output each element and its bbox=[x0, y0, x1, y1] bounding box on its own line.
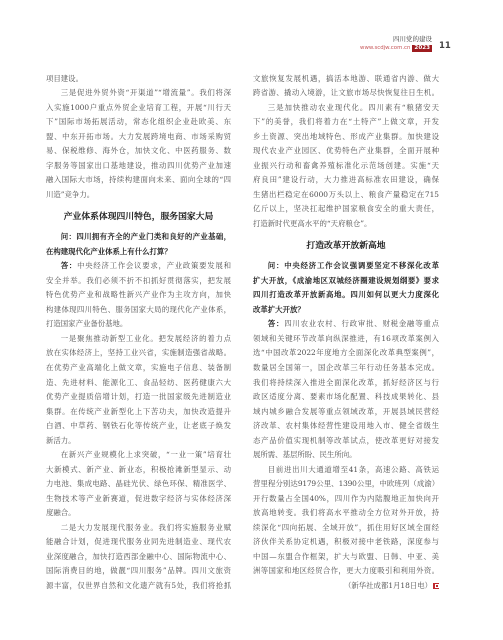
paragraph-line: 下”国际市场拓展活动，常态化组织企业赴欧美、东 bbox=[46, 115, 231, 130]
paragraph-line: 三是加快推动农业现代化。四川素有“粮猪安天 bbox=[253, 101, 439, 116]
paragraph-line: 易、保税维修、海外仓，加快文化、中医药服务、数 bbox=[46, 144, 231, 159]
paragraph-line: 府良田”建设行动，大力推进高标准农田建设，确保 bbox=[253, 173, 439, 188]
answer-line: 域内城乡融合发展等重点领域改革，开展县域民营经 bbox=[253, 405, 439, 420]
paragraph-line: 现代农业产业园区、优势特色产业集群，全面开展种 bbox=[253, 144, 439, 159]
answer-line: 态产品价值实现机制等改革试点，使改革更好对接发 bbox=[253, 434, 439, 449]
answer-line: 答：中央经济工作会议要求，产业政策要发展和 bbox=[46, 259, 231, 274]
paragraph-line: 三是促进外贸外资“开渠道”“增流量”。我们将深 bbox=[46, 86, 231, 101]
paragraph-line: 度融合。 bbox=[46, 506, 231, 521]
answer-line: 我们将持续深入推进全面深化改革，抓好经济区与行 bbox=[253, 376, 439, 391]
question-line: 在构建现代化产业体系上有什么打算？ bbox=[46, 245, 231, 260]
paragraph-line: 放在实体经济上，坚持工业兴省，实施制造强省战略。 bbox=[46, 346, 231, 361]
paragraph-line: 续深化“四向拓展、全域开放”，抓住用好区域全面经 bbox=[253, 521, 439, 536]
paragraph-line: 乡土资源、突出地域特色、形成产业集群。加快建设 bbox=[253, 130, 439, 145]
question-label: 问： bbox=[61, 232, 77, 241]
question-line: 改革扩大开放？ bbox=[253, 303, 439, 318]
answer-line: 领域和关键环节改革向纵深推进，有16项改革案例入 bbox=[253, 332, 439, 347]
paragraph-line: 优势产业提质倍增计划，打造一批国家级先进制造业 bbox=[46, 390, 231, 405]
question-line: 问：四川拥有齐全的产业门类和良好的产业基础， bbox=[46, 230, 231, 245]
paragraph-line: 在新兴产业规模化上求突破，“一业一策”培育壮 bbox=[46, 448, 231, 463]
paragraph-line: 源丰富，仅世界自然和文化遗产就有5处，我们将抢抓 bbox=[46, 579, 231, 594]
answer-line: 济改革、农村集体经营性建设用地入市、健全省级生 bbox=[253, 419, 439, 434]
paragraph-line: 打造新时代更高水平的“天府粮仓”。 bbox=[253, 217, 439, 232]
paragraph-line: 中国—东盟合作框架，扩大与欧盟、日韩、中亚、美 bbox=[253, 550, 439, 565]
magazine-name: 四川党的建设 bbox=[393, 35, 432, 43]
paragraph-line: 融入国际大市场，持续构建面向未来、面向全球的“四 bbox=[46, 173, 231, 188]
website-url: www.scdjw.com.cn bbox=[360, 45, 410, 52]
paragraph-line: 集群。在传统产业新型化上下苦功夫，加快改造提升 bbox=[46, 405, 231, 420]
question-line: 问：中央经济工作会议强调要坚定不移深化改革 bbox=[253, 259, 439, 274]
paragraph-line: 力电池、集成电路、晶硅光伏、绿色环保、精准医学、 bbox=[46, 477, 231, 492]
answer-line: 安全并举。我们必须不折不扣抓好贯彻落实，把发展 bbox=[46, 274, 231, 289]
answer-line: 打造国家产业备份基地。 bbox=[46, 317, 231, 332]
paragraph-line: 入实施1000户重点外贸企业培育工程，开展“川行天 bbox=[46, 101, 231, 116]
paragraph-line: 盟、中东开拓市场。大力发展跨境电商、市场采购贸 bbox=[46, 130, 231, 145]
paragraph-line: 在优势产业高端化上做文章，实施电子信息、装备制 bbox=[46, 361, 231, 376]
question-line: 四川打造改革开放新高地。四川如何以更大力度深化 bbox=[253, 288, 439, 303]
answer-line: 答：四川农业农村、行政审批、财税金融等重点 bbox=[253, 317, 439, 332]
paragraph-line: 业振兴行动和畜禽养殖标准化示范场创建。实施“天 bbox=[253, 159, 439, 174]
right-column: 文旅恢复发展机遇，搞活本地游、联通省内游、做大 跨省游、撬动入境游，让文旅市场尽… bbox=[253, 72, 439, 594]
paragraph-line: 造、先进材料、能源化工、食品轻纺、医药健康六大 bbox=[46, 376, 231, 391]
paragraph-line: 生物技术等产业新赛道，促进数字经济与实体经济深 bbox=[46, 492, 231, 507]
dateline: （新华社成都1月18日电） bbox=[253, 579, 439, 594]
paragraph-line: 放高地转变。我们将高水平推动全方位对外开放，持 bbox=[253, 506, 439, 521]
answer-line: 展所需、基层所盼、民生所向。 bbox=[253, 448, 439, 463]
paragraph-line: 项目建设。 bbox=[46, 72, 231, 87]
section-heading: 打造改革开放新高地 bbox=[253, 239, 439, 254]
paragraph-line: 能融合计划，促进现代服务业同先进制造业、现代农 bbox=[46, 535, 231, 550]
question-text: 四川拥有齐全的产业门类和良好的产业基础， bbox=[76, 232, 231, 241]
answer-line: 构建体现四川特色、服务国家大局的现代化产业体系， bbox=[46, 303, 231, 318]
year-badge: 2023 bbox=[412, 45, 432, 52]
paragraph-line: 文旅恢复发展机遇，搞活本地游、联通省内游、做大 bbox=[253, 72, 439, 87]
paragraph-line: 大新模式、新产业、新业态，积极抢滩新型显示、动 bbox=[46, 463, 231, 478]
paragraph-line: 字服务等国家出口基地建设，推动四川优势产业加速 bbox=[46, 159, 231, 174]
answer-label: 答： bbox=[268, 319, 284, 328]
question-label: 问： bbox=[268, 261, 284, 270]
left-column: 项目建设。 三是促进外贸外资“开渠道”“增流量”。我们将深 入实施1000户重点… bbox=[46, 72, 231, 594]
paragraph-line: 目前进出川大通道增至41条，高速公路、高铁运 bbox=[253, 463, 439, 478]
answer-text: 中央经济工作会议要求，产业政策要发展和 bbox=[77, 261, 231, 270]
end-mark-icon bbox=[433, 583, 439, 589]
paragraph-line: 亿斤以上，坚决扛起维护国家粮食安全的重大责任， bbox=[253, 202, 439, 217]
answer-line: 选“中国改革2022年度地方全面深化改革典型案例”， bbox=[253, 346, 439, 361]
paragraph-line: 生猪出栏稳定在6000万头以上、粮食产量稳定在715 bbox=[253, 188, 439, 203]
question-line: 扩大开放，《成渝地区双城经济圈建设规划纲要》要求 bbox=[253, 274, 439, 289]
paragraph-line: 洲等国家和地区经贸合作，更大力度吸引和利用外资。 bbox=[253, 564, 439, 579]
section-heading: 产业体系体现四川特色，服务国家大局 bbox=[46, 210, 231, 225]
paragraph-line: 跨省游、撬动入境游，让文旅市场尽快恢复往日生机。 bbox=[253, 86, 439, 101]
answer-line: 特色优势产业和战略性新兴产业作为主攻方向，加快 bbox=[46, 288, 231, 303]
paragraph-line: 国际消费目的地，做靓“四川服务”品牌。四川文旅资 bbox=[46, 564, 231, 579]
paragraph-line: 二是大力发展现代服务业。我们将实施服务业赋 bbox=[46, 521, 231, 536]
paragraph-line: 营里程分别达9179公里、1390公里，中欧班列（成渝） bbox=[253, 477, 439, 492]
answer-line: 数量居全国第一，国企改革三年行动任务基本完成。 bbox=[253, 361, 439, 376]
paragraph-line: 业深度融合，加快打造西部金融中心、国际物流中心、 bbox=[46, 550, 231, 565]
dateline-text: （新华社成都1月18日电） bbox=[344, 579, 432, 594]
page-number: 11 bbox=[439, 41, 451, 51]
answer-label: 答： bbox=[61, 261, 77, 270]
paragraph-line: 一是聚焦推动新型工业化。把发展经济的着力点 bbox=[46, 332, 231, 347]
paragraph-line: 川造”竞争力。 bbox=[46, 188, 231, 203]
paragraph-line: 开行数量占全国40%，四川作为内陆腹地正加快向开 bbox=[253, 492, 439, 507]
paragraph-line: 新活力。 bbox=[46, 434, 231, 449]
header-url-row: www.scdjw.com.cn 2023 bbox=[360, 44, 432, 52]
paragraph-line: 济伙伴关系协定机遇，积极对接中老铁路，深度参与 bbox=[253, 535, 439, 550]
answer-text: 四川农业农村、行政审批、财税金融等重点 bbox=[284, 319, 439, 328]
paragraph-line: 下”的美誉，我们将着力在“土特产”上做文章，开发 bbox=[253, 115, 439, 130]
answer-line: 政区适度分离、要素市场化配置、科技成果转化、县 bbox=[253, 390, 439, 405]
paragraph-line: 白酒、中草药、钢铁石化等传统产业，让老底子焕发 bbox=[46, 419, 231, 434]
question-text: 中央经济工作会议强调要坚定不移深化改革 bbox=[284, 261, 439, 270]
